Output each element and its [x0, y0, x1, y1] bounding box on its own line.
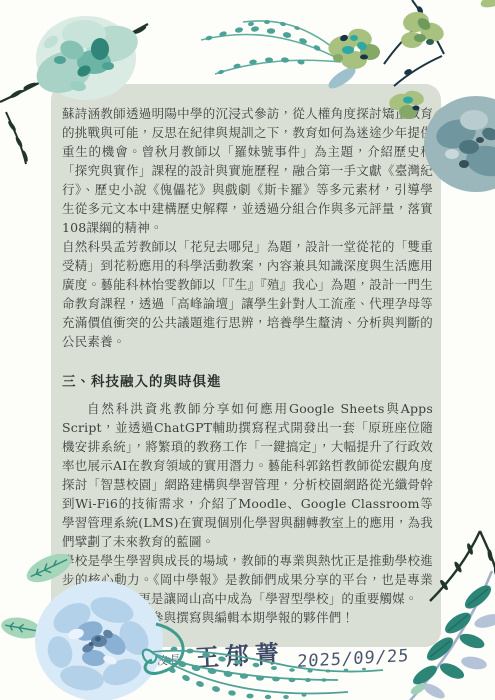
signature-block: 校長 王郁菁 2025/09/25: [132, 641, 433, 670]
paragraph-section-1: 自然科洪資兆教師分享如何應用Google Sheets與Apps Script，…: [62, 399, 433, 551]
signature-date: 2025/09/25: [296, 647, 409, 672]
signature-name: 王郁菁: [194, 644, 285, 668]
newsletter-page: 蘇詩涵教師透過明陽中學的沉浸式參訪，從人權角度探討矯正教育的挑戰與可能，反思在紀…: [0, 0, 495, 700]
paragraph-intro-2: 自然科吳孟芳教師以「花兒去哪兒」為題，設計一堂從花的「雙重受精」到花粉應用的科學…: [62, 237, 433, 351]
text-panel: 蘇詩涵教師透過明陽中學的沉浸式參訪，從人權角度探討矯正教育的挑戰與可能，反思在紀…: [51, 84, 441, 647]
section-heading: 三、科技融入的與時俱進: [62, 373, 433, 392]
signature-role: 校長: [155, 650, 183, 670]
paragraph-intro-1: 蘇詩涵教師透過明陽中學的沉浸式參訪，從人權角度探討矯正教育的挑戰與可能，反思在紀…: [62, 104, 433, 237]
letter-body: 蘇詩涵教師透過明陽中學的沉浸式參訪，從人權角度探討矯正教育的挑戰與可能，反思在紀…: [62, 104, 433, 647]
fern-spray-top-icon: [195, 16, 345, 86]
paragraph-section-2: 學校是學生學習與成長的場域，教師的專業與熱忱正是推動學校進步的核心動力。《岡中學…: [62, 551, 433, 608]
paragraph-section-3: 衷心感謝每一位參與撰寫與編輯本期學報的夥伴們！: [62, 608, 433, 627]
